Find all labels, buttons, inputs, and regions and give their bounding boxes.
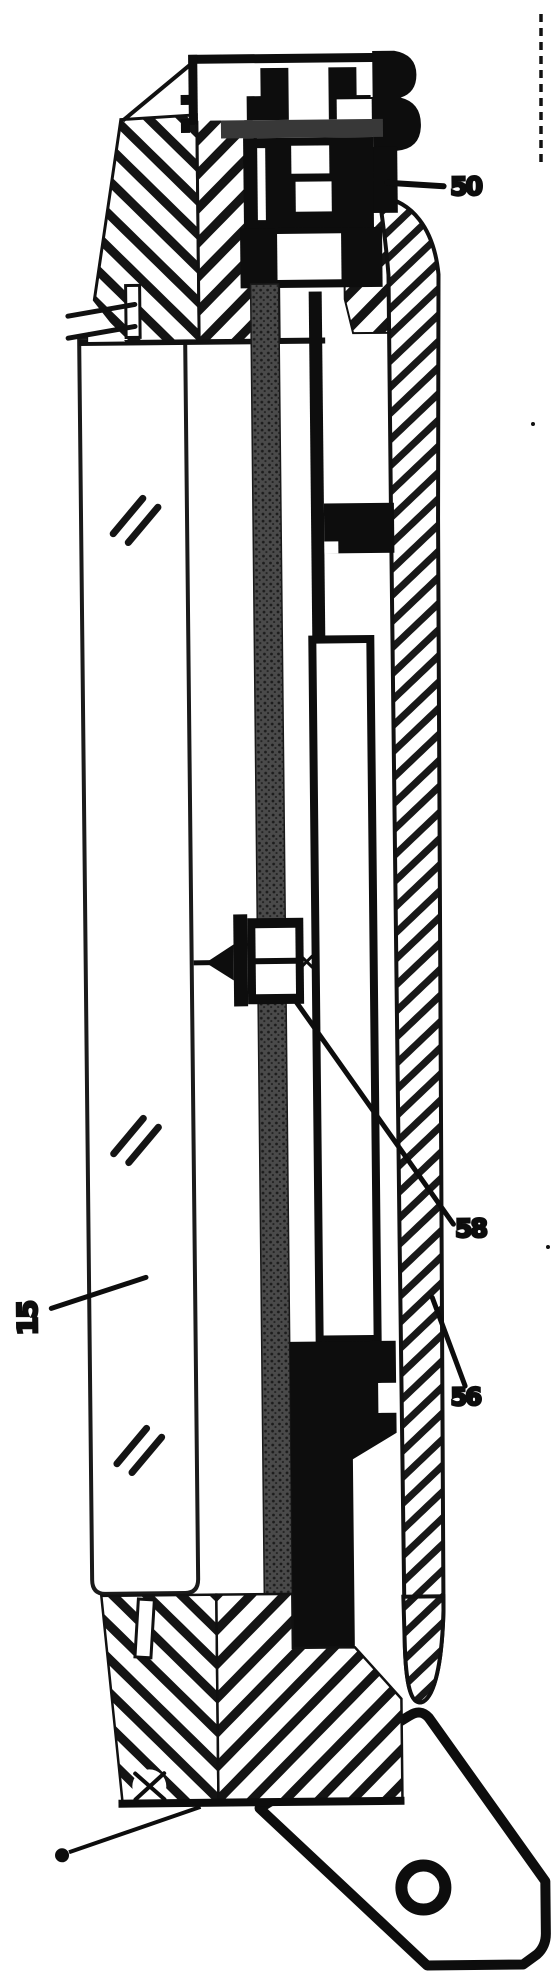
label-15: 15 — [13, 1301, 44, 1335]
fastener-nut-face — [256, 964, 296, 994]
mounting-hole — [401, 1865, 445, 1909]
leader-line-50 — [388, 182, 444, 187]
terminal-stack-window — [296, 181, 332, 211]
terminal-stack-slit — [257, 148, 266, 220]
fastener-flange — [233, 914, 248, 1006]
connector-gasket-band — [221, 119, 383, 139]
label-56: 56 — [450, 1383, 481, 1411]
connector-left-hook — [181, 95, 190, 105]
connector-right-stem — [371, 147, 398, 213]
lower-cap-pin — [135, 1599, 154, 1658]
lower-cap-left-hatch — [101, 1595, 218, 1802]
frame-junction-notch — [324, 541, 338, 553]
inner-cavity-box — [312, 639, 377, 1340]
connector-base-window — [277, 233, 341, 280]
label-58: 58 — [455, 1214, 487, 1243]
fastener-nut-face — [255, 928, 295, 958]
label-50: 50 — [450, 172, 483, 201]
patent-figure-page: 15 50 58 56 — [0, 0, 554, 1985]
connector-box-left-wall — [188, 55, 198, 125]
connector-left-hook — [181, 119, 190, 133]
terminal-stack-window — [291, 145, 329, 173]
ink-speck — [531, 422, 535, 426]
ink-speck — [546, 1245, 550, 1249]
